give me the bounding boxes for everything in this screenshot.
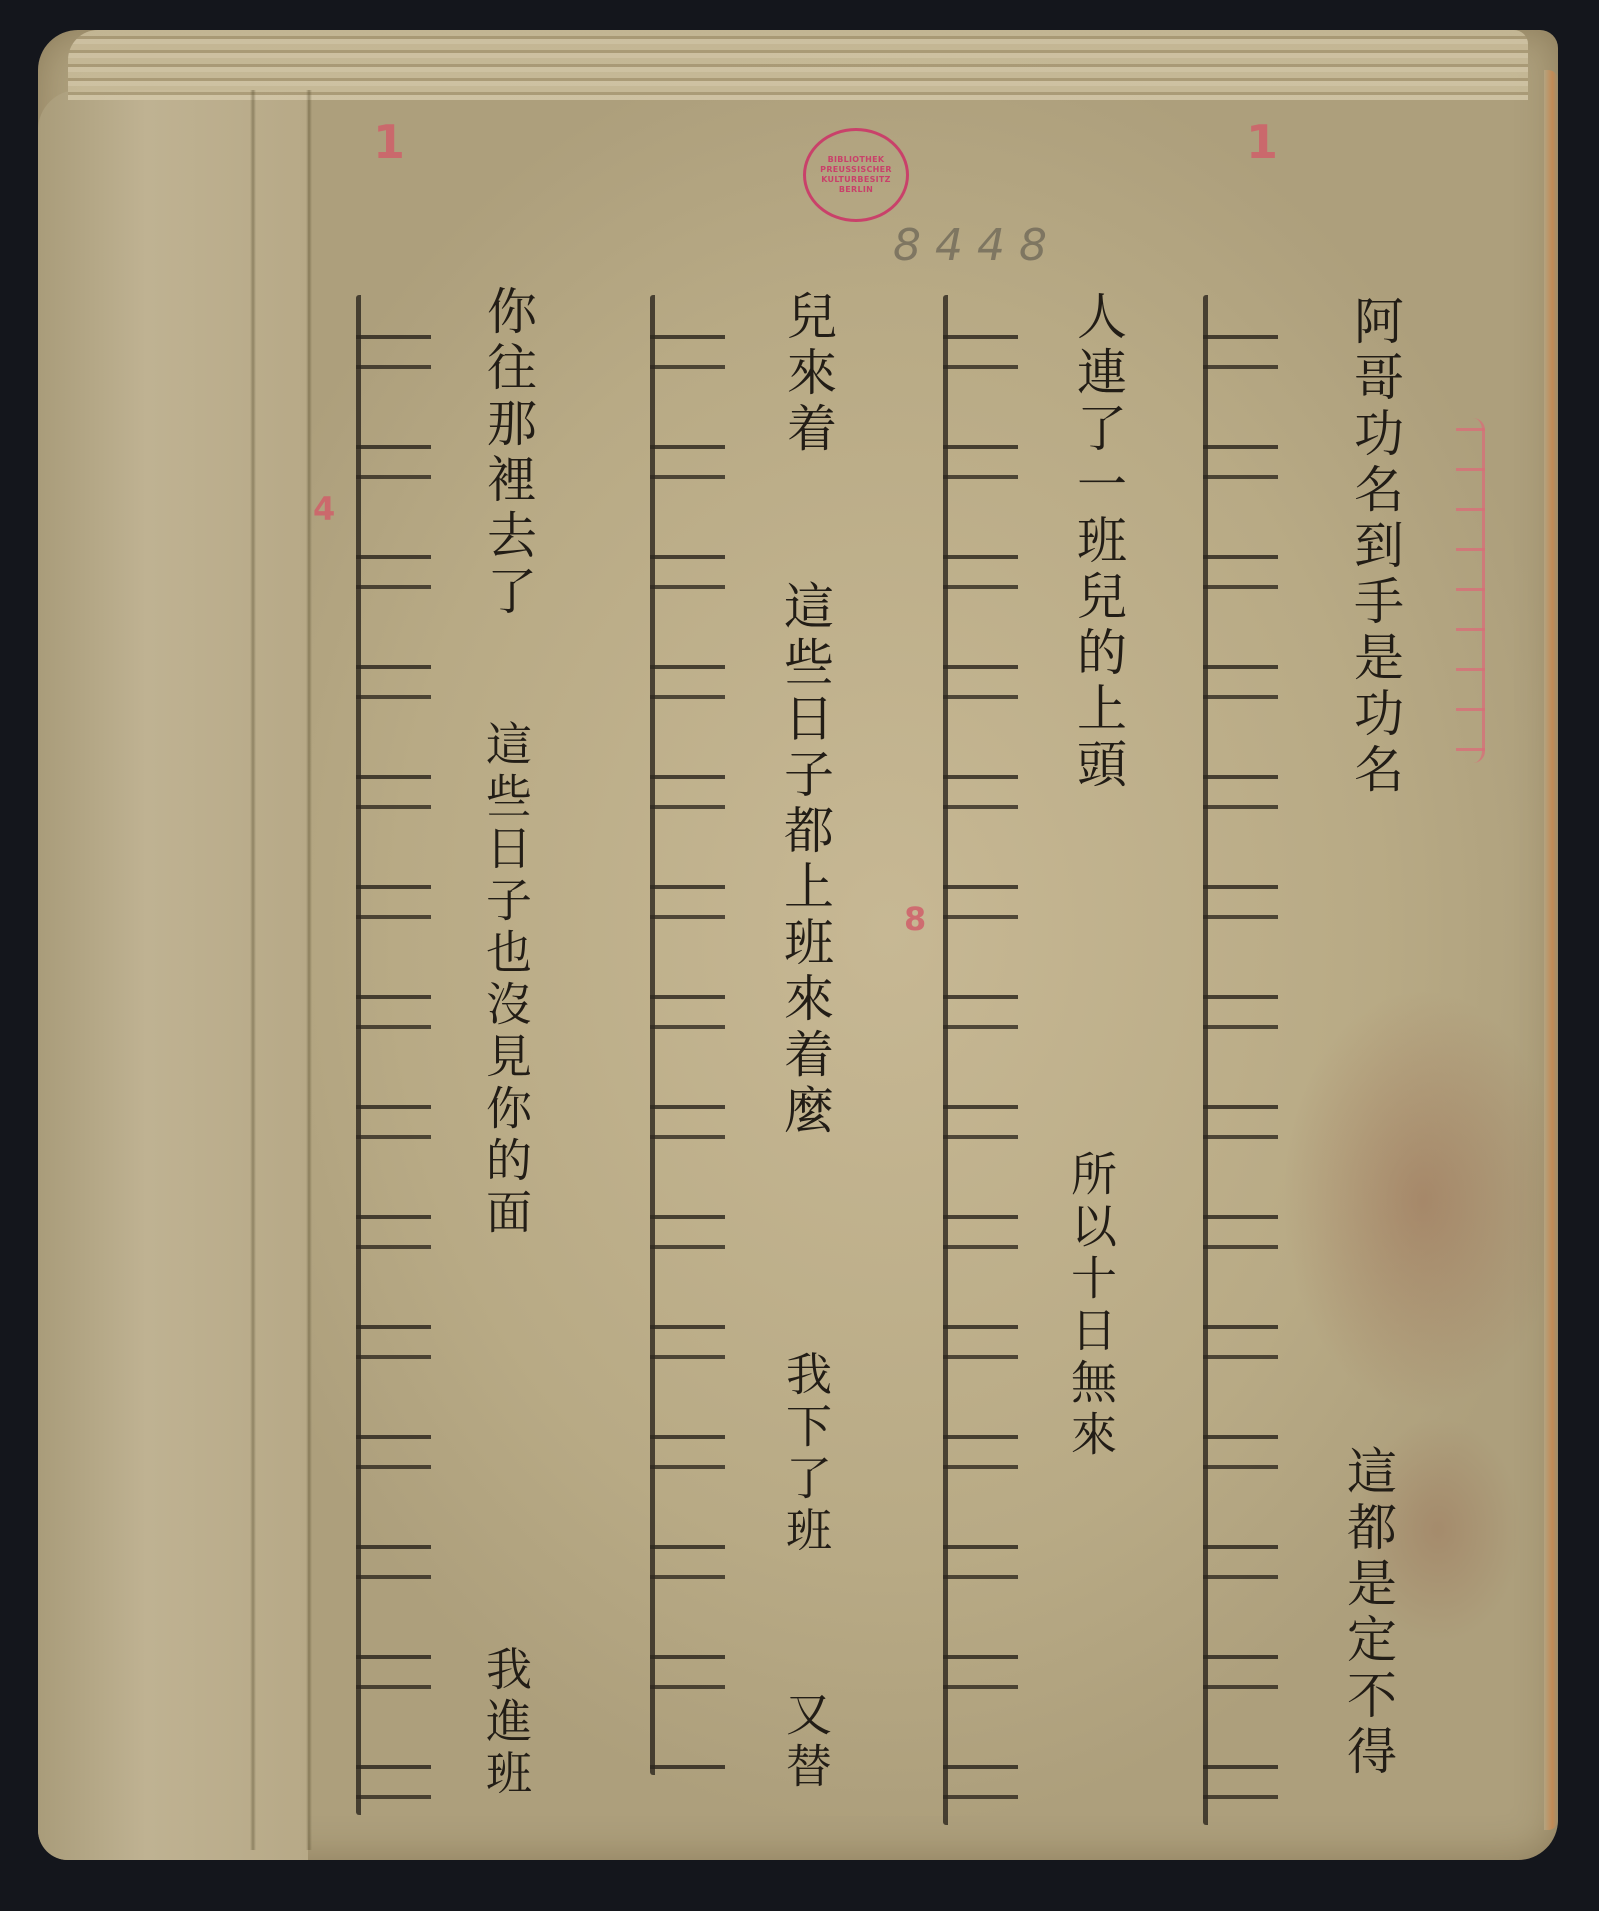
chinese-column: 人連了一班兒的上頭 — [1073, 290, 1123, 794]
page-right-edge — [1544, 70, 1558, 1830]
chinese-column: 你往那裡去了 — [483, 285, 533, 621]
library-stamp: BIBLIOTHEK PREUSSISCHER KULTURBESITZ BER… — [803, 128, 909, 222]
frayed-top-edge — [68, 30, 1528, 100]
manuscript-page: BIBLIOTHEK PREUSSISCHER KULTURBESITZ BER… — [38, 30, 1558, 1860]
manchu-script-column — [356, 295, 431, 1815]
cover-flap — [38, 90, 308, 1860]
chinese-column: 我下了班 — [783, 1350, 829, 1558]
chinese-column: 我進班 — [483, 1645, 529, 1801]
chinese-column: 兒來着 — [783, 290, 833, 458]
red-ring-marks — [1456, 418, 1485, 763]
chinese-column: 又替 — [783, 1690, 829, 1794]
chinese-column: 這些日子都上班來着麼 — [780, 580, 830, 1140]
manchu-script-column — [943, 295, 1018, 1825]
chinese-column: 所以十日無來 — [1068, 1150, 1114, 1462]
chinese-column: 這些日子也沒見你的面 — [483, 720, 529, 1240]
red-pencil-mark: 4 — [313, 490, 335, 528]
chinese-column: 這都是定不得 — [1343, 1445, 1393, 1781]
red-pencil-mark: 8 — [904, 900, 926, 938]
manchu-script-column — [650, 295, 725, 1775]
red-pencil-mark: 1 — [373, 115, 405, 169]
red-pencil-mark: 1 — [1246, 115, 1278, 169]
shelfmark-pencil-number: 8448 — [893, 220, 1061, 271]
fold-line — [306, 90, 312, 1850]
manchu-script-column — [1203, 295, 1278, 1825]
fold-line — [250, 90, 256, 1850]
chinese-column: 阿哥功名到手是功名 — [1350, 295, 1400, 799]
